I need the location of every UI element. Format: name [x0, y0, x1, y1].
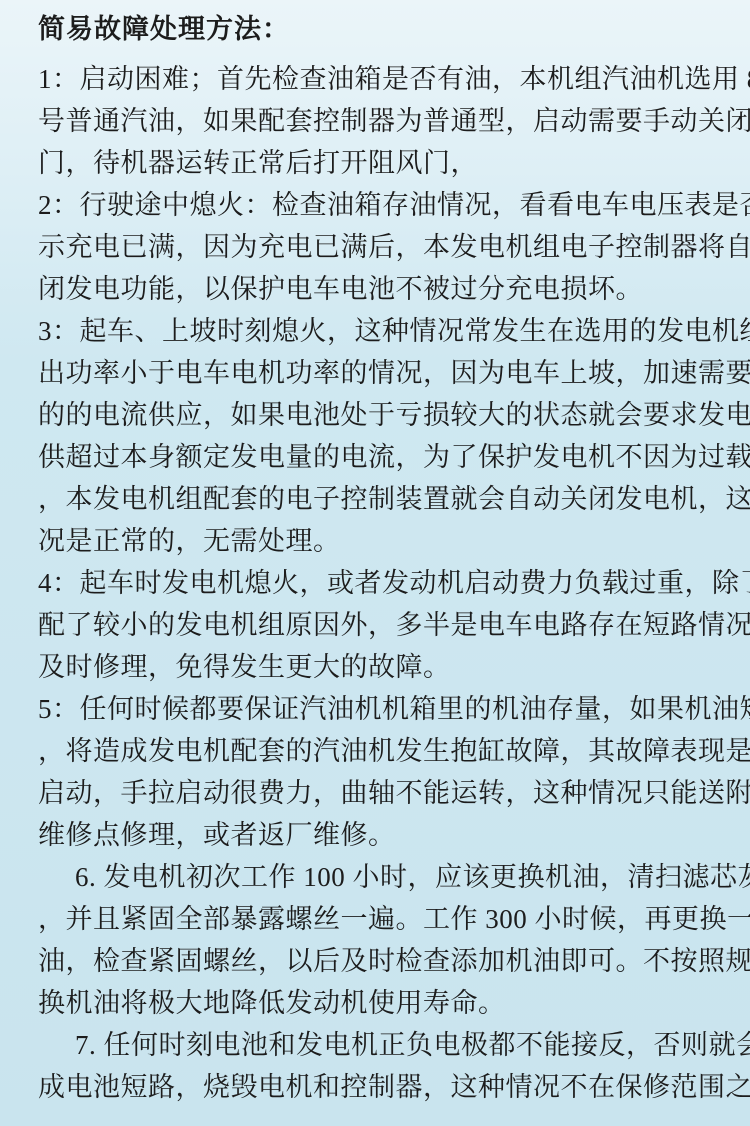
text-line: 换机油将极大地降低发动机使用寿命。 — [38, 982, 724, 1024]
text-line: 闭发电功能，以保护电车电池不被过分充电损坏。 — [38, 268, 724, 310]
text-line: 1：启动困难；首先检查油箱是否有油，本机组汽油机选用 85-90 — [38, 58, 724, 100]
text-line: 启动，手拉启动很费力，曲轴不能运转，这种情况只能送附近的 — [38, 772, 724, 814]
text-line: 门，待机器运转正常后打开阻风门， — [38, 142, 724, 184]
text-line: ，将造成发电机配套的汽油机发生抱缸故障，其故障表现是不能 — [38, 730, 724, 772]
text-line: 况是正常的，无需处理。 — [38, 520, 724, 562]
text-line: 示充电已满，因为充电已满后，本发电机组电子控制器将自动关 — [38, 226, 724, 268]
text-line: ，并且紧固全部暴露螺丝一遍。工作 300 小时候，再更换一次机 — [38, 898, 724, 940]
text-line: 的的电流供应，如果电池处于亏损较大的状态就会要求发电机提 — [38, 394, 724, 436]
text-line: 7. 任何时刻电池和发电机正负电极都不能接反，否则就会造 — [38, 1024, 724, 1066]
text-line: 油，检查紧固螺丝，以后及时检查添加机油即可。不按照规定更 — [38, 940, 724, 982]
text-line: 配了较小的发电机组原因外，多半是电车电路存在短路情况，要 — [38, 604, 724, 646]
text-line: 号普通汽油，如果配套控制器为普通型，启动需要手动关闭阻风 — [38, 100, 724, 142]
manual-page: 简易故障处理方法： 1：启动困难；首先检查油箱是否有油，本机组汽油机选用 85-… — [0, 0, 750, 1126]
text-line: 6. 发电机初次工作 100 小时，应该更换机油，清扫滤芯灰尘 — [38, 856, 724, 898]
text-line: 出功率小于电车电机功率的情况，因为电车上坡，加速需要很大 — [38, 352, 724, 394]
document-body: 1：启动困难；首先检查油箱是否有油，本机组汽油机选用 85-90号普通汽油，如果… — [38, 58, 724, 1108]
text-line: 5：任何时候都要保证汽油机机箱里的机油存量，如果机油短缺 — [38, 688, 724, 730]
text-line: 3：起车、上坡时刻熄火，这种情况常发生在选用的发电机组输 — [38, 310, 724, 352]
text-line: 成电池短路，烧毁电机和控制器，这种情况不在保修范围之内。 — [38, 1066, 724, 1108]
text-line: 及时修理，免得发生更大的故障。 — [38, 646, 724, 688]
text-line: 维修点修理，或者返厂维修。 — [38, 814, 724, 856]
text-line: 4：起车时发电机熄火，或者发动机启动费力负载过重，除了选 — [38, 562, 724, 604]
text-line: ，本发电机组配套的电子控制装置就会自动关闭发电机，这种情 — [38, 478, 724, 520]
text-line: 供超过本身额定发电量的电流，为了保护发电机不因为过载受损 — [38, 436, 724, 478]
text-line: 2：行驶途中熄火：检查油箱存油情况，看看电车电压表是否指 — [38, 184, 724, 226]
page-title: 简易故障处理方法： — [38, 6, 724, 52]
